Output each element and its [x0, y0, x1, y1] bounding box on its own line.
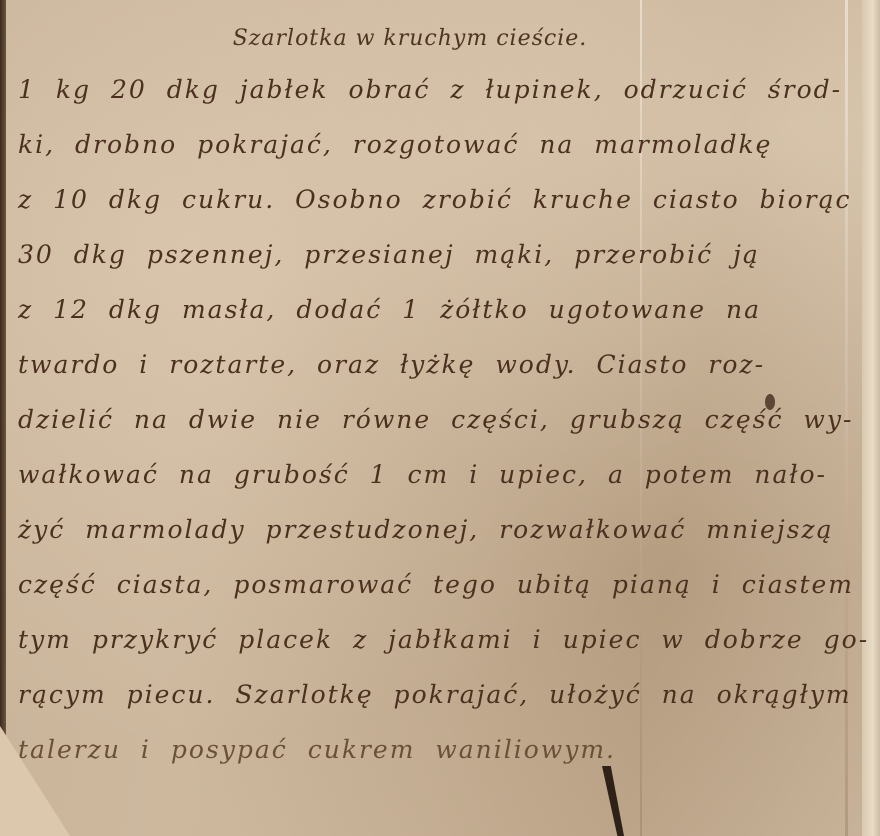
recipe-line: dzielić na dwie nie równe części, grubsz… [18, 400, 818, 455]
recipe-line: wałkować na grubość 1 cm i upiec, a pote… [18, 455, 818, 510]
paper-sheet: Szarlotka w kruchym cieście. 1 kg 20 dkg… [0, 0, 880, 836]
recipe-title: Szarlotka w kruchym cieście. [0, 26, 820, 51]
recipe-line: 30 dkg pszennej, przesianej mąki, przero… [18, 235, 818, 290]
recipe-line: talerzu i posypać cukrem waniliowym. [18, 730, 818, 785]
recipe-line: tym przykryć placek z jabłkami i upiec w… [18, 620, 818, 675]
recipe-body: 1 kg 20 dkg jabłek obrać z łupinek, odrz… [18, 70, 818, 785]
recipe-line: twardo i roztarte, oraz łyżkę wody. Cias… [18, 345, 818, 400]
recipe-line: 1 kg 20 dkg jabłek obrać z łupinek, odrz… [18, 70, 818, 125]
recipe-line: żyć marmolady przestudzonej, rozwałkować… [18, 510, 818, 565]
paper-left-edge [0, 0, 6, 836]
recipe-line: rącym piecu. Szarlotkę pokrajać, ułożyć … [18, 675, 818, 730]
recipe-line: z 10 dkg cukru. Osobno zrobić kruche cia… [18, 180, 818, 235]
recipe-line: z 12 dkg masła, dodać 1 żółtko ugotowane… [18, 290, 818, 345]
recipe-line: ki, drobno pokrajać, rozgotować na marmo… [18, 125, 818, 180]
paper-right-edge [862, 0, 880, 836]
recipe-line: część ciasta, posmarować tego ubitą pian… [18, 565, 818, 620]
